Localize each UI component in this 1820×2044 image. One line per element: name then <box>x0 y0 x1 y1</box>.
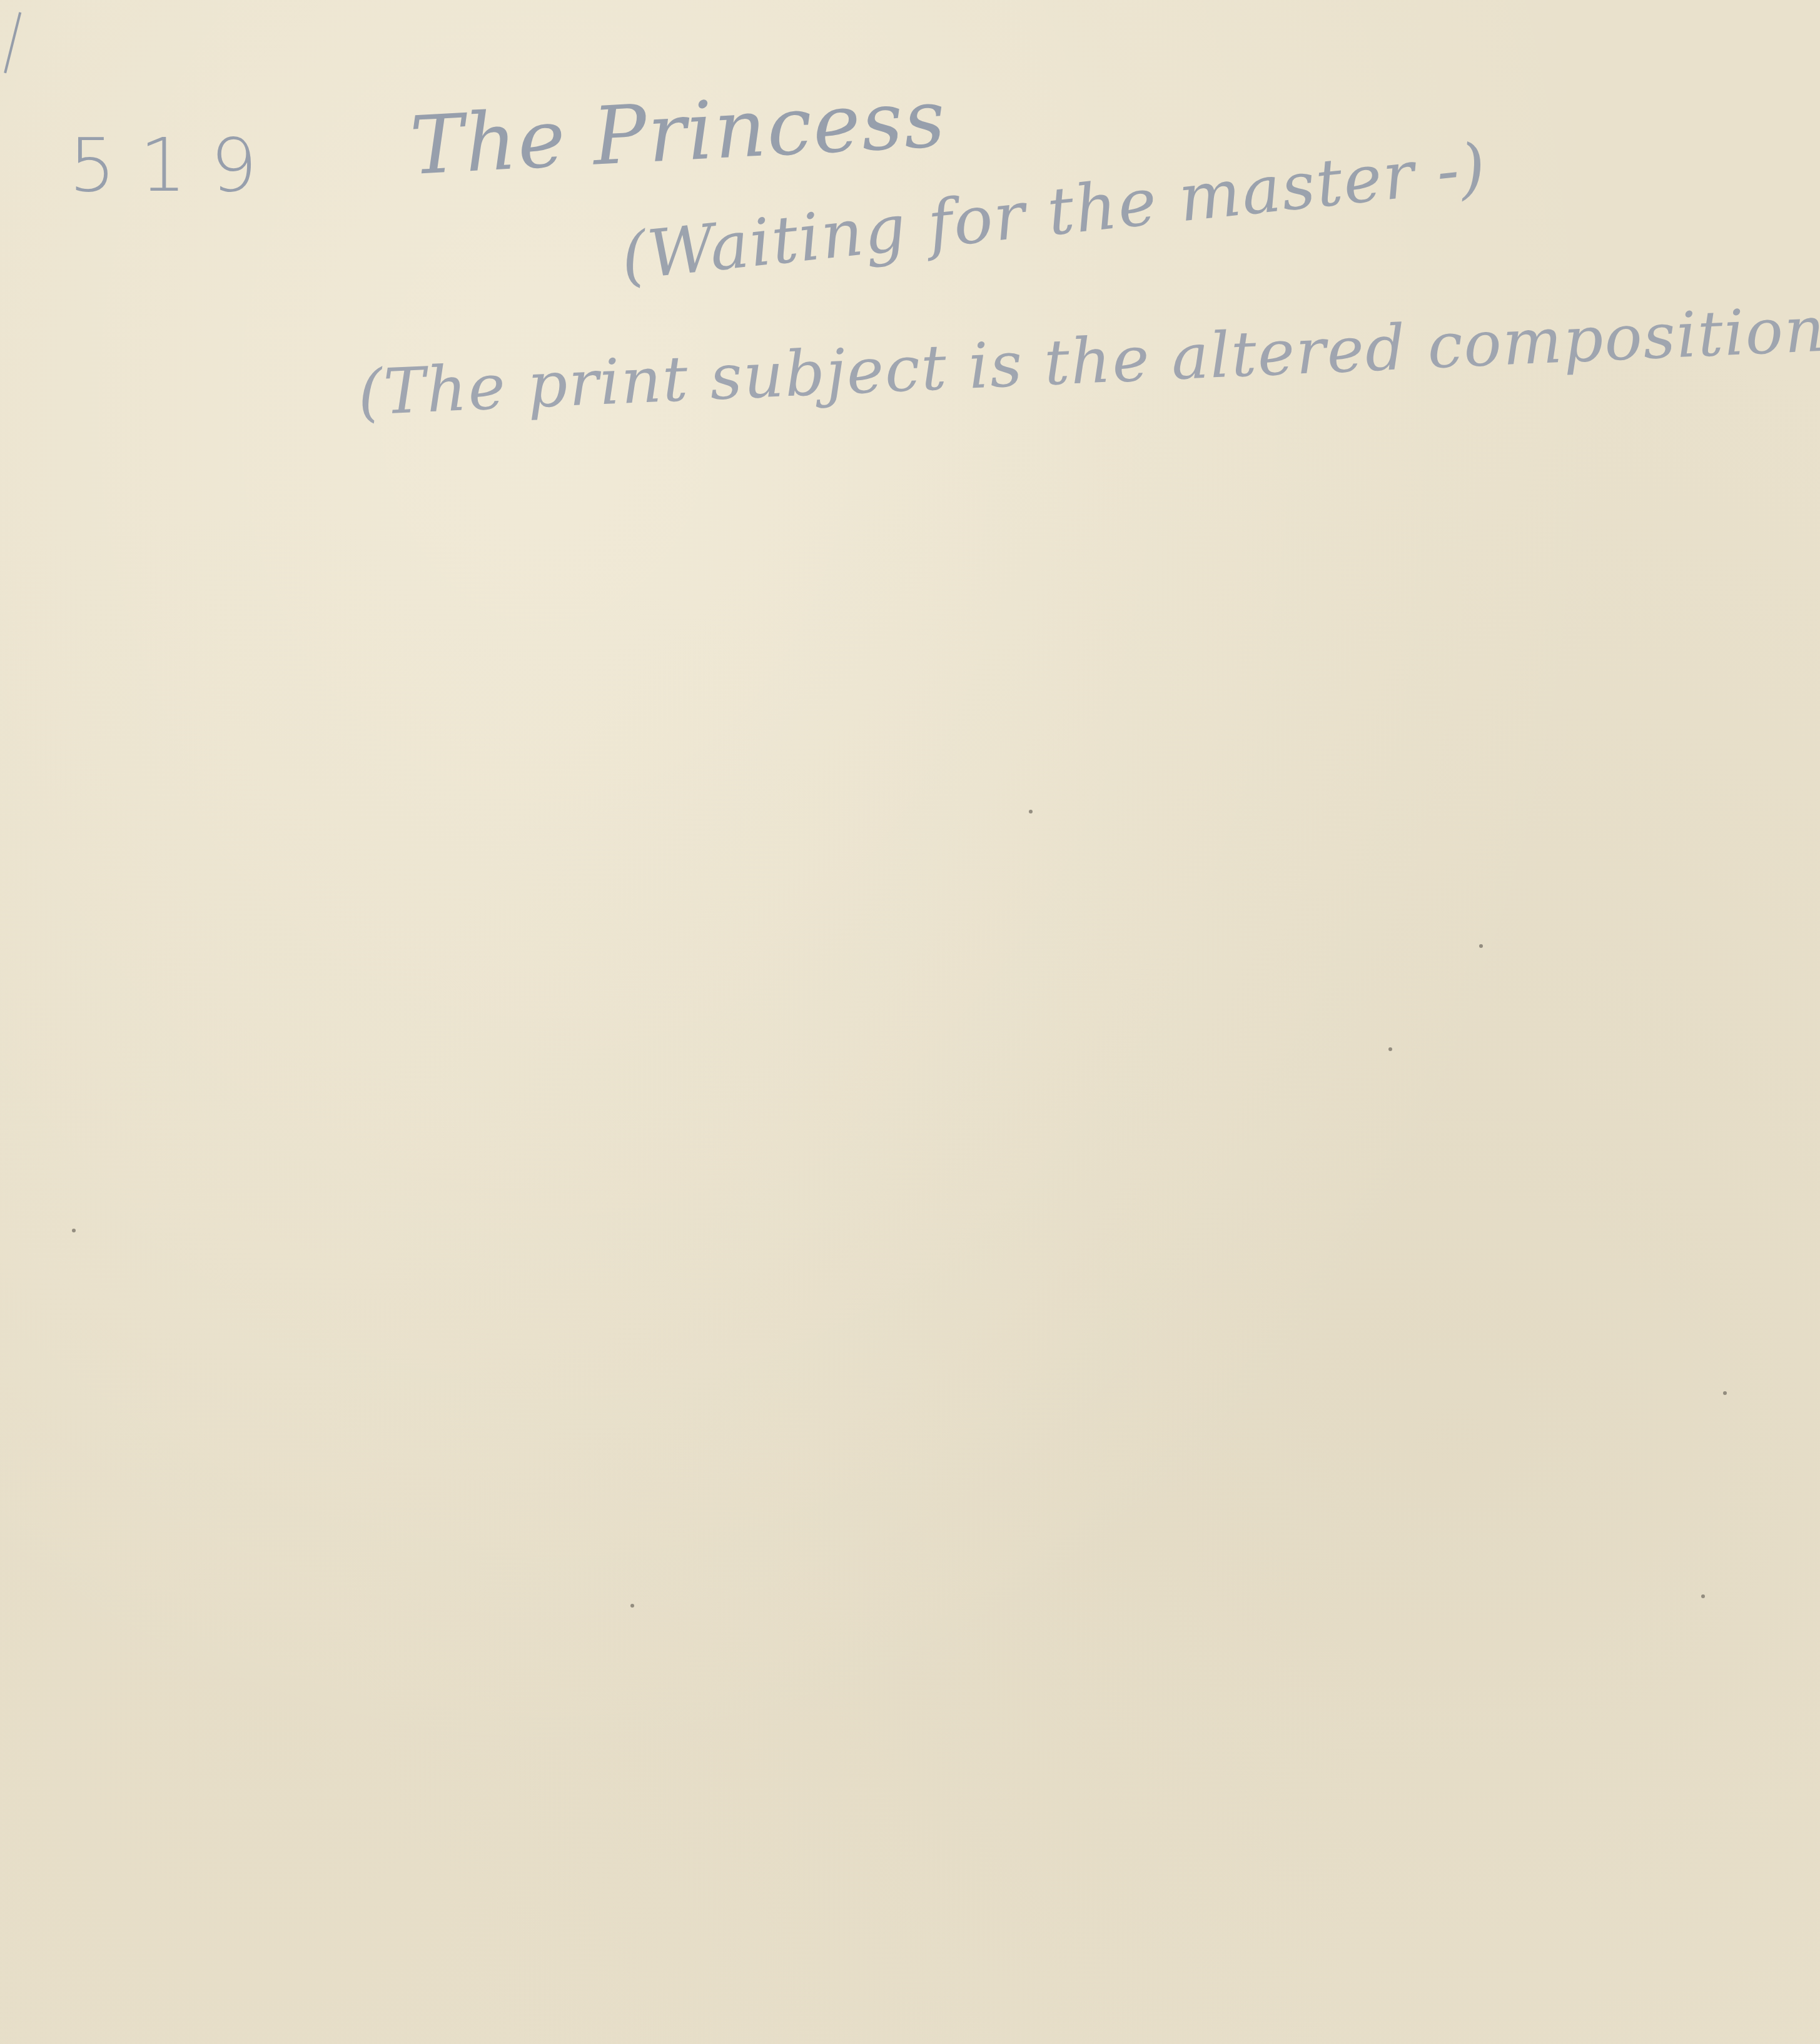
annotation-note: (The print subject is the altered compos… <box>356 291 1820 430</box>
artwork-title: The Princess <box>408 72 948 193</box>
paper-speck <box>630 1604 634 1608</box>
paper-speck <box>1479 944 1483 948</box>
check-mark-icon <box>4 12 30 75</box>
document-page: 519 The Princess (Waiting for the master… <box>0 0 1820 2044</box>
paper-speck <box>72 1229 76 1232</box>
paper-speck <box>1029 810 1033 813</box>
paper-speck <box>1388 1047 1392 1051</box>
catalog-number: 519 <box>69 122 281 208</box>
paper-speck <box>1701 1594 1705 1598</box>
paper-speck <box>1723 1391 1727 1395</box>
